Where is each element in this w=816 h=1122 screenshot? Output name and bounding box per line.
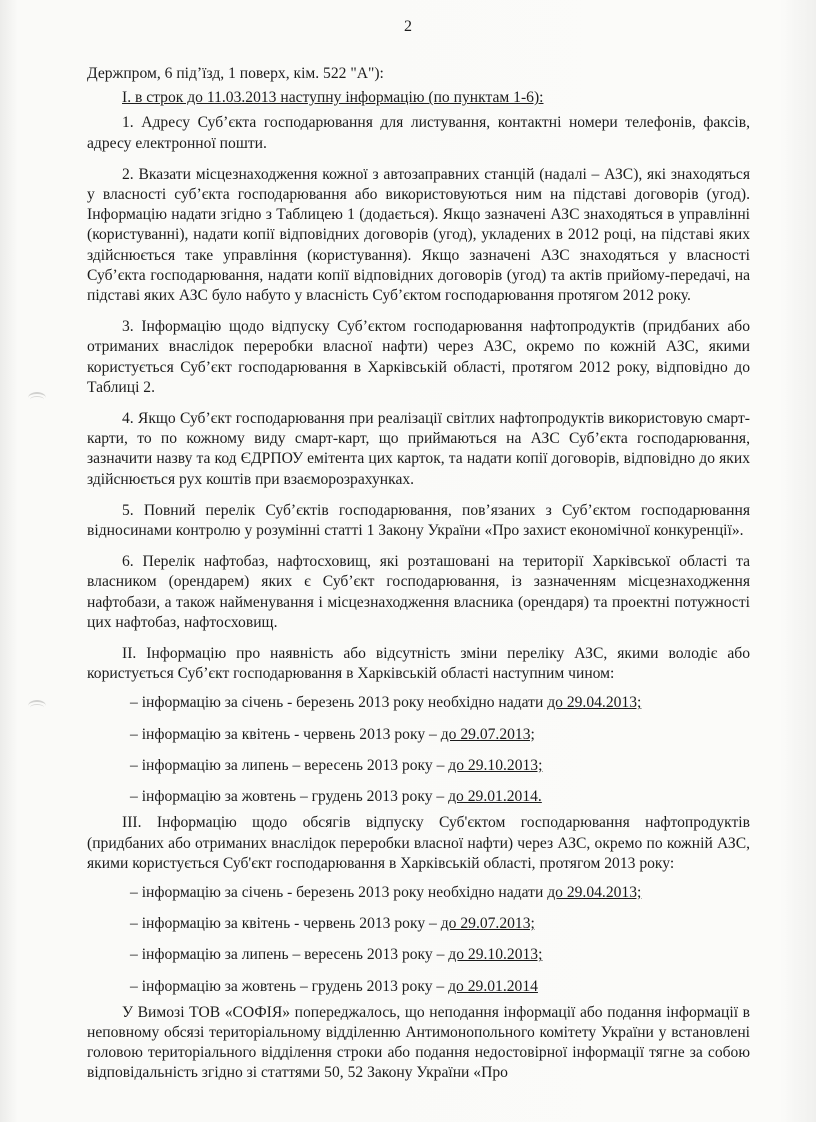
- deadline-date: до 29.10.2013;: [448, 946, 542, 963]
- deadline-item: – інформацію за квітень - червень 2013 р…: [130, 725, 750, 745]
- deadline-text: – інформацію за жовтень – грудень 2013 р…: [130, 788, 448, 805]
- section-3-deadlines: – інформацію за січень - березень 2013 р…: [87, 883, 750, 997]
- deadline-item: – інформацію за липень – вересень 2013 р…: [130, 756, 750, 776]
- intro-line: Держпром, 6 під’їзд, 1 поверх, кім. 522 …: [87, 64, 750, 84]
- page-number: 2: [0, 18, 816, 36]
- deadline-item: – інформацію за липень – вересень 2013 р…: [130, 945, 750, 965]
- deadline-item: – інформацію за січень - березень 2013 р…: [130, 883, 750, 903]
- deadline-text: – інформацію за квітень - червень 2013 р…: [130, 726, 441, 743]
- section-2-deadlines: – інформацію за січень - березень 2013 р…: [87, 693, 750, 807]
- item-2: 2. Вказати місцезнаходження кожної з авт…: [87, 165, 750, 306]
- section-3-text: ІІІ. Інформацію щодо обсягів відпуску Су…: [87, 813, 750, 874]
- deadline-text: – інформацію за квітень - червень 2013 р…: [130, 915, 441, 932]
- deadline-item: – інформацію за жовтень – грудень 2013 р…: [130, 977, 750, 997]
- deadline-item: – інформацію за жовтень – грудень 2013 р…: [130, 787, 750, 807]
- document-body: Держпром, 6 під’їзд, 1 поверх, кім. 522 …: [87, 64, 750, 1084]
- deadline-date: до 29.04.2013;: [547, 694, 641, 711]
- deadline-item: – інформацію за січень - березень 2013 р…: [130, 693, 750, 713]
- deadline-text: – інформацію за січень - березень 2013 р…: [130, 884, 547, 901]
- deadline-date: до 29.04.2013;: [547, 884, 641, 901]
- punch-hole-mark: [28, 392, 46, 404]
- deadline-date: до 29.10.2013;: [448, 757, 542, 774]
- closing-paragraph: У Вимозі ТОВ «СОФІЯ» попереджалось, що н…: [87, 1003, 750, 1084]
- deadline-date: до 29.01.2014: [448, 978, 538, 995]
- item-4: 4. Якщо Суб’єкт господарювання при реалі…: [87, 409, 750, 490]
- deadline-date: до 29.07.2013;: [441, 915, 535, 932]
- deadline-date: до 29.01.2014.: [448, 788, 542, 805]
- document-page: 2 Держпром, 6 під’їзд, 1 поверх, кім. 52…: [0, 0, 816, 1122]
- item-5: 5. Повний перелік Суб’єктів господарюван…: [87, 501, 750, 541]
- deadline-text: – інформацію за липень – вересень 2013 р…: [130, 757, 448, 774]
- deadline-text: – інформацію за липень – вересень 2013 р…: [130, 946, 448, 963]
- item-3: 3. Інформацію щодо відпуску Суб’єктом го…: [87, 317, 750, 398]
- item-1: 1. Адресу Суб’єкта господарювання для ли…: [87, 113, 750, 153]
- section-1-heading: І. в строк до 11.03.2013 наступну інформ…: [87, 88, 750, 108]
- item-6: 6. Перелік нафтобаз, нафтосховищ, які ро…: [87, 552, 750, 633]
- punch-hole-mark: [28, 700, 46, 712]
- deadline-item: – інформацію за квітень - червень 2013 р…: [130, 914, 750, 934]
- deadline-text: – інформацію за жовтень – грудень 2013 р…: [130, 978, 448, 995]
- section-2-text: ІІ. Інформацію про наявність або відсутн…: [87, 644, 750, 684]
- deadline-date: до 29.07.2013;: [441, 726, 535, 743]
- deadline-text: – інформацію за січень - березень 2013 р…: [130, 694, 547, 711]
